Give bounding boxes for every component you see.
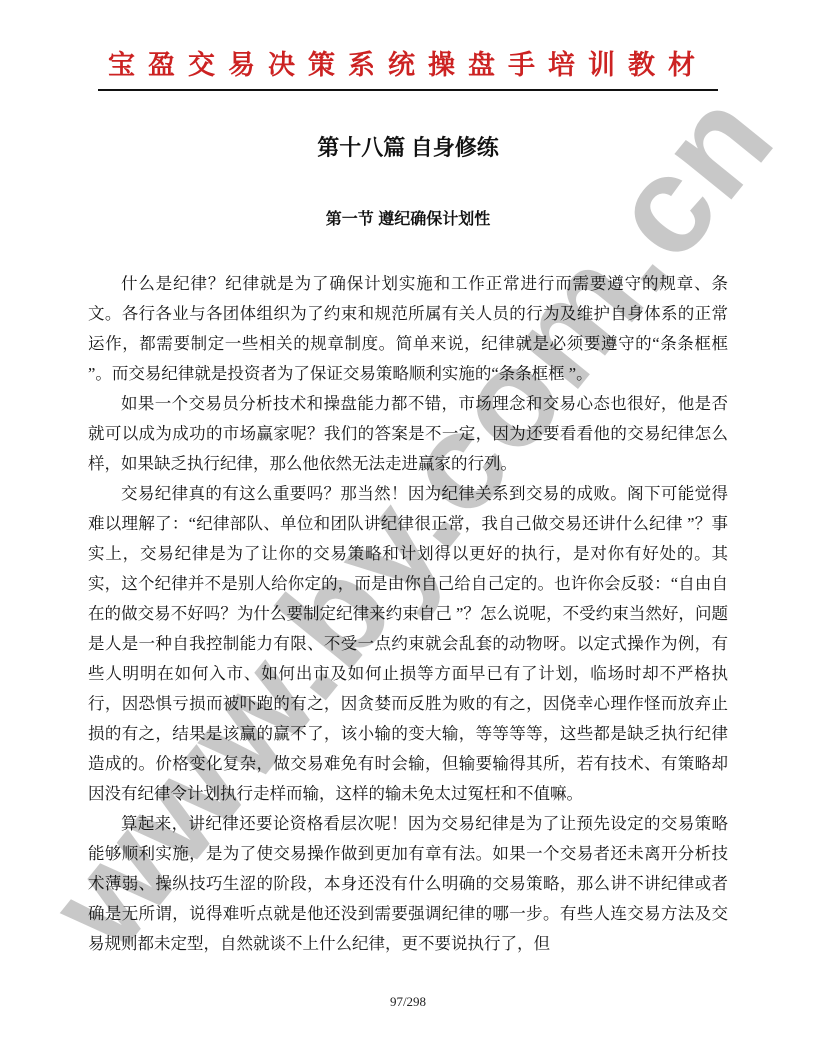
section-title: 第一节 遵纪确保计划性 <box>0 206 816 229</box>
chapter-title: 第十八篇 自身修练 <box>0 131 816 162</box>
paragraph: 如果一个交易员分析技术和操盘能力都不错，市场理念和交易心态也很好，他是否就可以成… <box>88 389 728 479</box>
paragraph: 算起来，讲纪律还要论资格看层次呢！因为交易纪律是为了让预先设定的交易策略能够顺利… <box>88 809 728 959</box>
body-text: 什么是纪律？纪律就是为了确保计划实施和工作正常进行而需要遵守的规章、条文。各行各… <box>0 269 816 959</box>
page-number: 97/298 <box>0 994 816 1010</box>
paragraph: 什么是纪律？纪律就是为了确保计划实施和工作正常进行而需要遵守的规章、条文。各行各… <box>88 269 728 389</box>
page-content: 宝盈交易决策系统操盘手培训教材 第十八篇 自身修练 第一节 遵纪确保计划性 什么… <box>0 0 816 959</box>
paragraph: 交易纪律真的有这么重要吗？那当然！因为纪律关系到交易的成败。阁下可能觉得难以理解… <box>88 479 728 809</box>
header-title: 宝盈交易决策系统操盘手培训教材 <box>0 48 816 82</box>
header-divider <box>98 89 718 91</box>
page-header: 宝盈交易决策系统操盘手培训教材 <box>0 0 816 91</box>
document-page: www.by.com.cn 宝盈交易决策系统操盘手培训教材 第十八篇 自身修练 … <box>0 0 816 1056</box>
